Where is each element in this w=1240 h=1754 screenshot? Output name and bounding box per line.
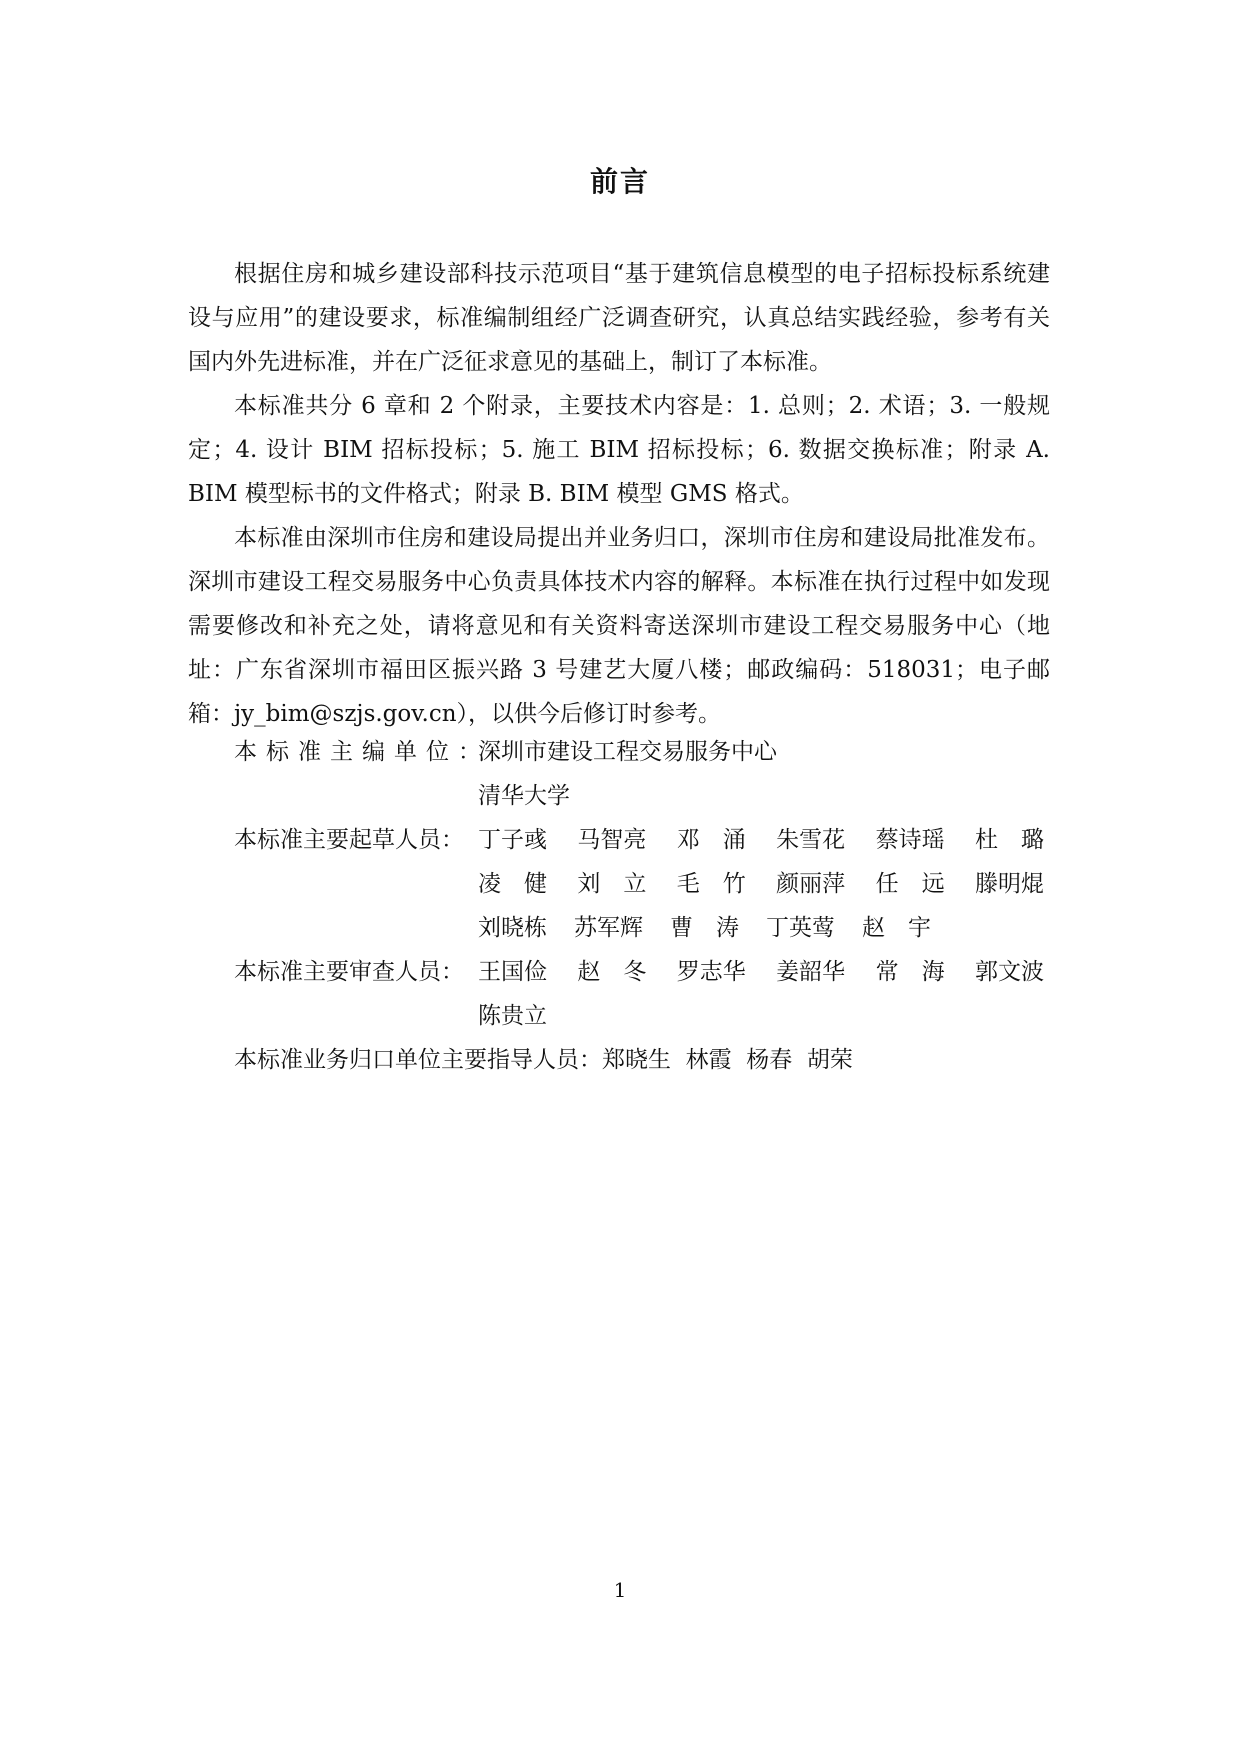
drafter-name: 任 远 bbox=[876, 862, 945, 906]
reviewer-name: 常 海 bbox=[876, 950, 945, 994]
guidance-row: 本标准业务归口单位主要指导人员：郑晓生 林霞 杨春 胡荣 bbox=[234, 1038, 1064, 1082]
chief-units-row: 本标准主编单位： 深圳市建设工程交易服务中心 清华大学 bbox=[234, 730, 1064, 818]
drafter-name: 刘 立 bbox=[577, 862, 646, 906]
drafter-name: 刘晓栋 bbox=[478, 906, 547, 950]
reviewers-line: 王国俭 赵 冬 罗志华 姜韶华 常 海 郭文波 bbox=[478, 950, 1044, 994]
drafter-name: 凌 健 bbox=[478, 862, 547, 906]
drafters-row: 本标准主要起草人员： 丁子彧 马智亮 邓 涌 朱雪花 蔡诗瑶 杜 璐 凌 健 刘… bbox=[234, 818, 1064, 950]
credits-section: 本标准主编单位： 深圳市建设工程交易服务中心 清华大学 本标准主要起草人员： 丁… bbox=[234, 730, 1064, 1082]
guidance-label: 本标准业务归口单位主要指导人员： bbox=[234, 1047, 602, 1073]
drafter-name: 朱雪花 bbox=[776, 818, 845, 862]
drafter-name: 邓 涌 bbox=[677, 818, 746, 862]
reviewer-name: 陈贵立 bbox=[478, 994, 547, 1038]
drafter-name: 苏军辉 bbox=[574, 906, 643, 950]
reviewer-name: 罗志华 bbox=[677, 950, 746, 994]
drafter-name: 丁英莺 bbox=[766, 906, 835, 950]
page-title: 前言 bbox=[0, 160, 1240, 200]
paragraph-background: 根据住房和城乡建设部科技示范项目“基于建筑信息模型的电子招标投标系统建设与应用”… bbox=[188, 252, 1050, 384]
drafter-name: 赵 宇 bbox=[862, 906, 931, 950]
reviewer-name: 王国俭 bbox=[478, 950, 547, 994]
drafter-name: 滕明焜 bbox=[975, 862, 1044, 906]
reviewer-name: 赵 冬 bbox=[577, 950, 646, 994]
paragraph-contents: 本标准共分 6 章和 2 个附录，主要技术内容是：1. 总则；2. 术语；3. … bbox=[188, 384, 1050, 516]
drafters-label: 本标准主要起草人员： bbox=[234, 818, 478, 950]
drafter-name: 颜丽萍 bbox=[776, 862, 845, 906]
drafter-name: 丁子彧 bbox=[478, 818, 547, 862]
page-number: 1 bbox=[0, 1578, 1240, 1602]
guidance-names: 郑晓生 林霞 杨春 胡荣 bbox=[602, 1047, 853, 1073]
reviewer-name: 姜韶华 bbox=[776, 950, 845, 994]
drafter-name: 毛 竹 bbox=[677, 862, 746, 906]
drafter-name: 杜 璐 bbox=[975, 818, 1044, 862]
drafters-line: 丁子彧 马智亮 邓 涌 朱雪花 蔡诗瑶 杜 璐 bbox=[478, 818, 1044, 862]
chief-units-label: 本标准主编单位： bbox=[234, 730, 478, 818]
drafter-name: 马智亮 bbox=[577, 818, 646, 862]
reviewers-label: 本标准主要审查人员： bbox=[234, 950, 478, 1038]
paragraph-administration: 本标准由深圳市住房和建设局提出并业务归口，深圳市住房和建设局批准发布。深圳市建设… bbox=[188, 516, 1050, 736]
reviewers-line: 陈贵立 bbox=[478, 994, 1044, 1038]
reviewer-name: 郭文波 bbox=[975, 950, 1044, 994]
chief-unit: 深圳市建设工程交易服务中心 bbox=[478, 730, 1064, 774]
drafter-name: 曹 涛 bbox=[670, 906, 739, 950]
drafters-line: 刘晓栋 苏军辉 曹 涛 丁英莺 赵 宇 bbox=[478, 906, 1044, 950]
drafters-line: 凌 健 刘 立 毛 竹 颜丽萍 任 远 滕明焜 bbox=[478, 862, 1044, 906]
preface-body: 根据住房和城乡建设部科技示范项目“基于建筑信息模型的电子招标投标系统建设与应用”… bbox=[188, 252, 1050, 736]
drafter-name: 蔡诗瑶 bbox=[876, 818, 945, 862]
reviewers-row: 本标准主要审查人员： 王国俭 赵 冬 罗志华 姜韶华 常 海 郭文波 陈贵立 bbox=[234, 950, 1064, 1038]
chief-unit: 清华大学 bbox=[478, 774, 1064, 818]
